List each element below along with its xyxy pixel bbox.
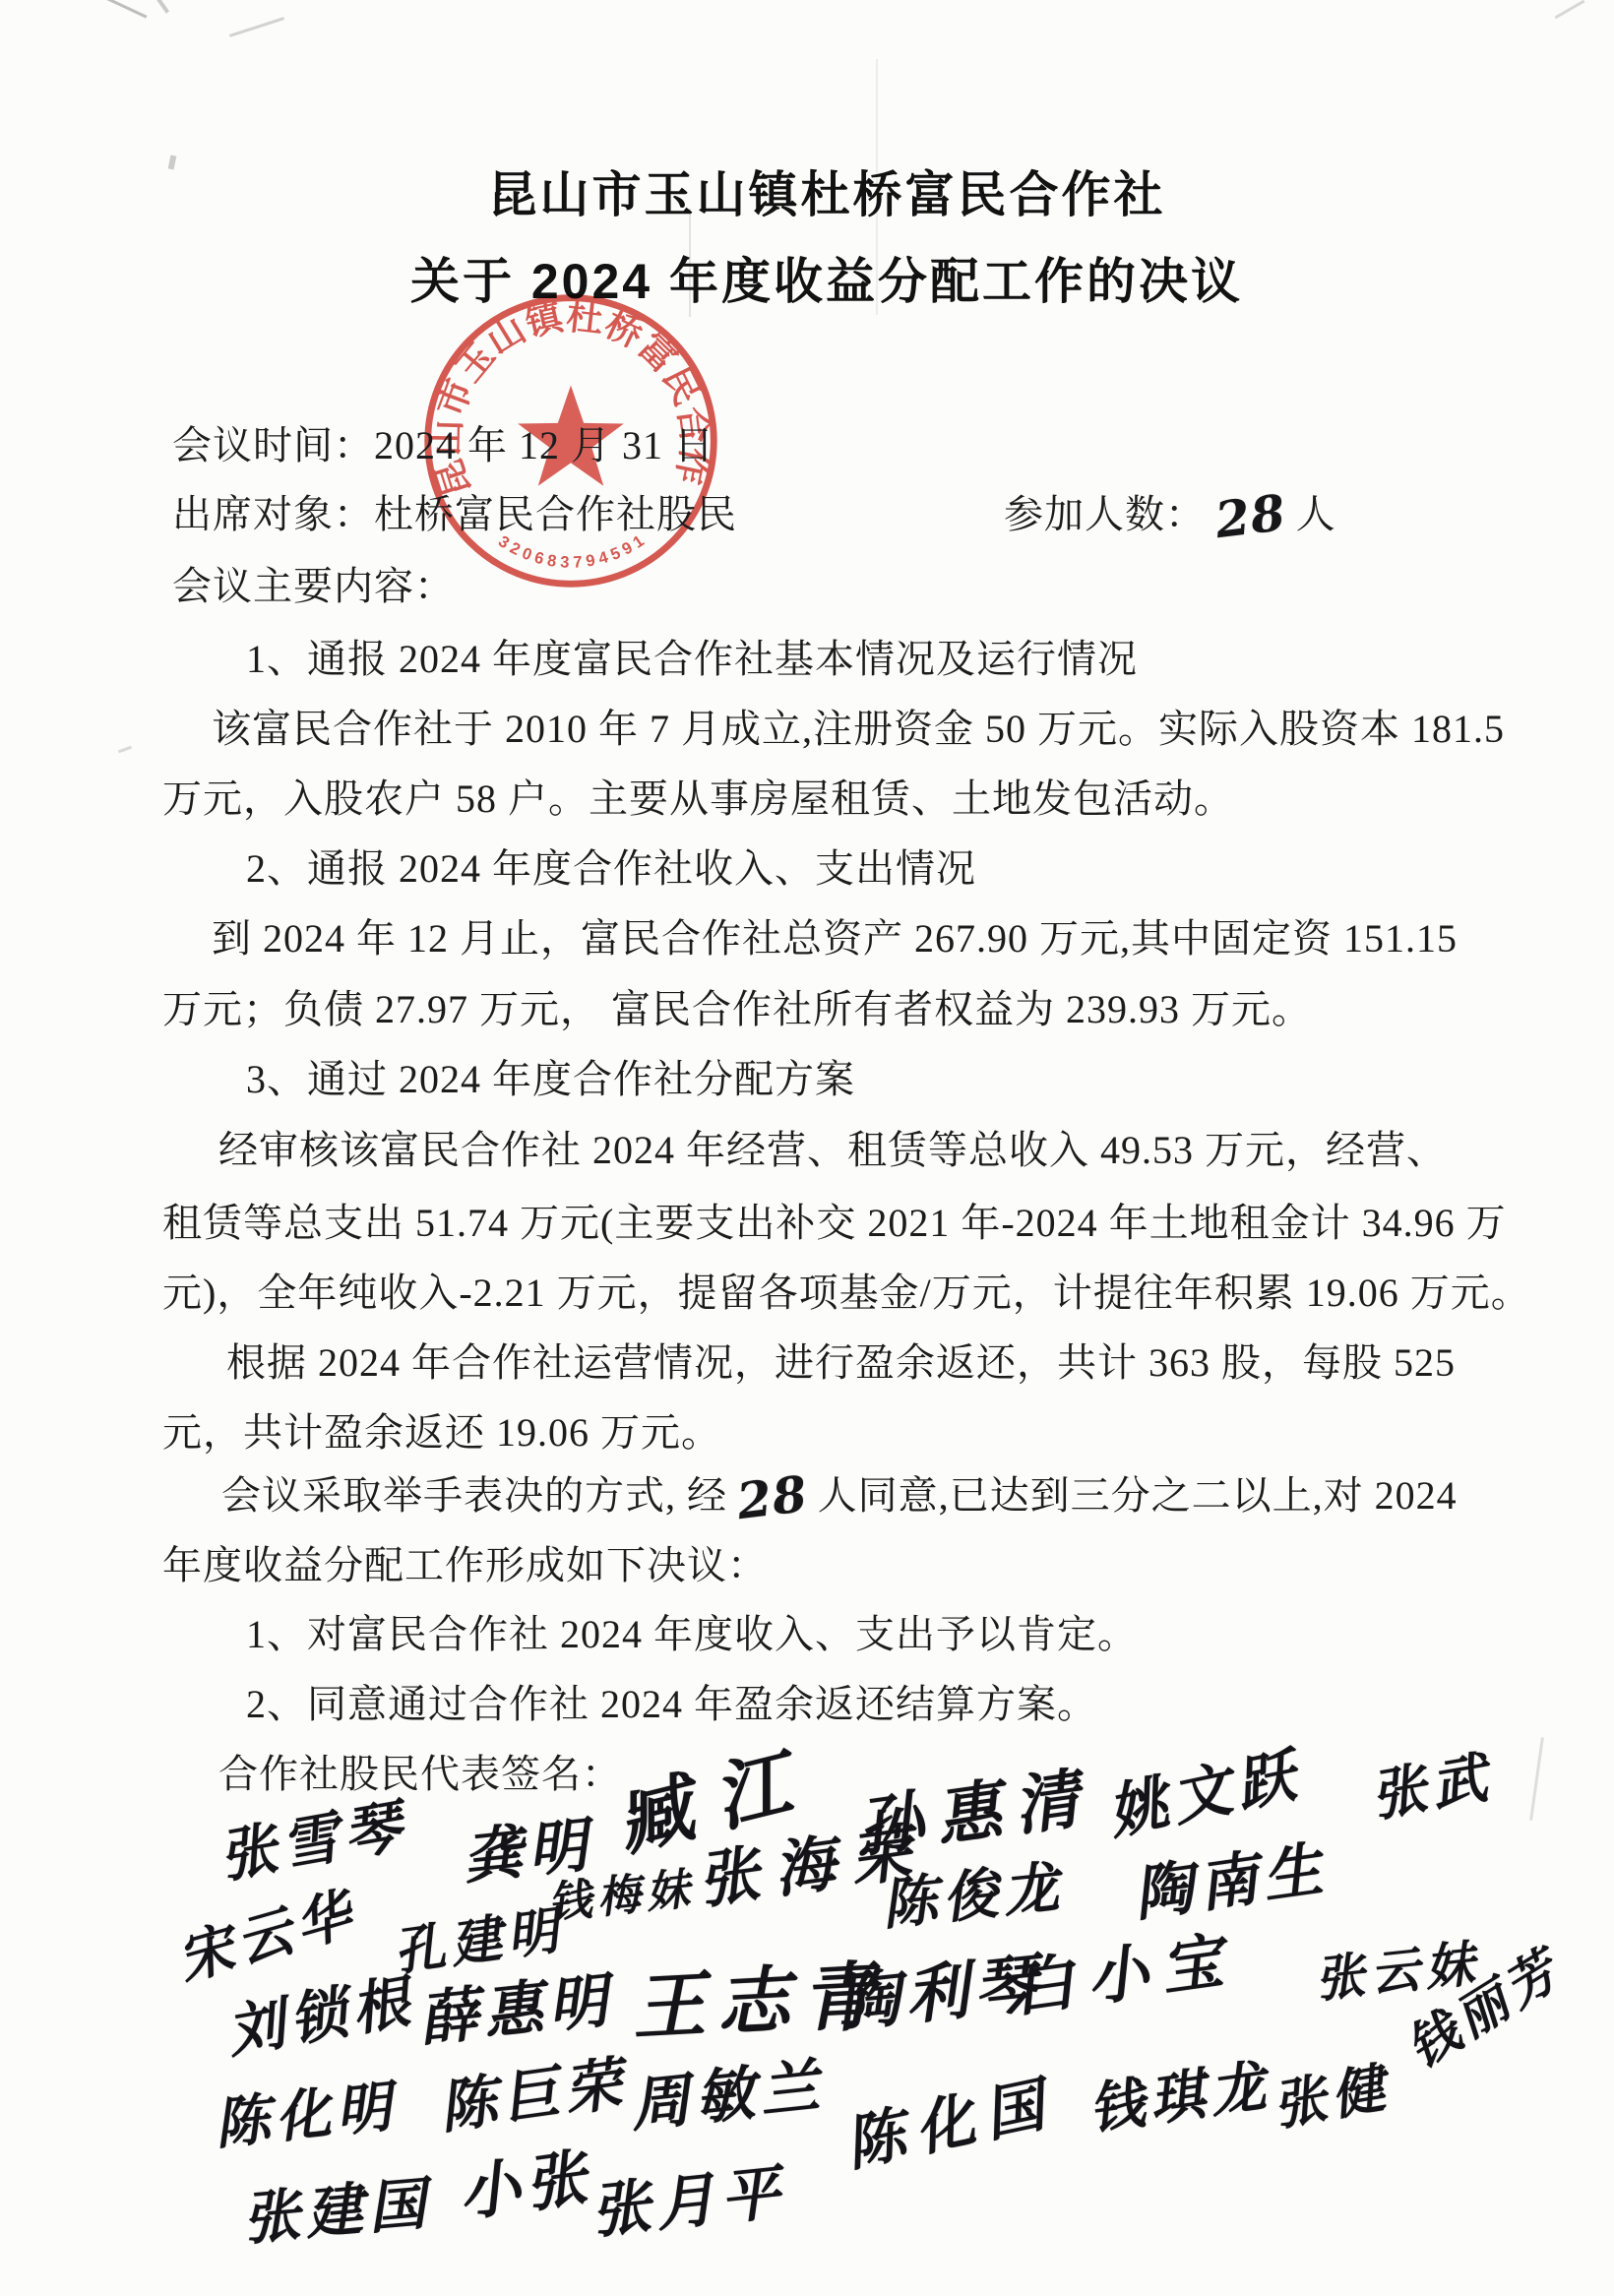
item1-text-line1: 该富民合作社于 2010 年 7 月成立,注册资金 50 万元。实际入股资本 1… — [212, 707, 1505, 752]
item1-title-line: 1、通报 2024 年度富民合作社基本情况及运行情况 — [246, 637, 1138, 682]
scanned-resolution-document: 昆山市玉山镇杜桥富民合作社 关于 2024 年度收益分配工作的决议 昆山市玉山镇… — [0, 0, 1614, 2296]
content-header-line: 会议主要内容： — [172, 564, 455, 609]
item3-text-line4: 根据 2024 年合作社运营情况，进行盈余返还，共计 363 股，每股 525 — [226, 1340, 1456, 1386]
signature: 张健 — [1267, 2045, 1397, 2141]
meeting-time-line: 会议时间：2024 年 12 月 31 日 — [172, 423, 714, 468]
scan-artifact — [105, 0, 148, 19]
item2-title-line: 2、通报 2024 年度合作社收入、支出情况 — [246, 846, 976, 892]
attendees-line: 出席对象：杜桥富民合作社股民 — [172, 492, 737, 537]
resolution2-line: 2、同意通过合作社 2024 年盈余返还结算方案。 — [246, 1682, 1097, 1727]
signature: 陈化国 — [837, 2056, 1062, 2183]
scan-artifact — [229, 17, 284, 37]
signature-header-line: 合作社股民代表签名： — [218, 1752, 622, 1797]
item3-text-line5: 元，共计盈余返还 19.06 万元。 — [162, 1410, 721, 1456]
document-title-line2: 关于 2024 年度收益分配工作的决议 — [59, 242, 1594, 313]
signature: 钱琪龙 — [1084, 2042, 1275, 2145]
scan-artifact — [118, 746, 132, 754]
participants-unit: 人 — [1296, 492, 1336, 536]
item2-text-line1: 到 2024 年 12 月止，富民合作社总资产 267.90 万元,其中固定资 … — [212, 916, 1458, 962]
item2-text-line2: 万元；负债 27.97 万元， 富民合作社所有者权益为 239.93 万元。 — [162, 987, 1312, 1032]
vote-line1: 会议采取举手表决的方式, 经28人同意,已达到三分之二以上,对 2024 — [221, 1473, 1458, 1520]
stamp-arc-text: 昆山市玉山镇杜桥富民合作社 — [417, 287, 715, 502]
signature: 陈化明 — [211, 2063, 401, 2160]
participants-count-handwritten: 28 — [1212, 490, 1288, 543]
signature: 白小宝 — [1007, 1910, 1241, 2028]
resolution1-line: 1、对富民合作社 2024 年度收入、支出予以肯定。 — [246, 1612, 1138, 1657]
participants-label: 参加人数： — [1004, 492, 1206, 536]
item3-text-line1: 经审核该富民合作社 2024 年经营、租赁等总收入 49.53 万元，经营、 — [218, 1128, 1447, 1173]
item3-text-line2: 租赁等总支出 51.74 万元(主要支出补交 2021 年-2024 年土地租金… — [162, 1201, 1507, 1246]
scan-artifact — [1529, 1737, 1544, 1821]
signature: 周敏兰 — [626, 2039, 829, 2143]
signature: 张武 — [1364, 1734, 1498, 1832]
vote-count-handwritten: 28 — [734, 1471, 810, 1524]
signature: 小张 — [453, 2128, 597, 2233]
scan-artifact — [152, 0, 169, 14]
scan-artifact — [1555, 0, 1585, 19]
participants-line: 参加人数：28人 — [1004, 492, 1336, 539]
signature: 张月平 — [587, 2145, 789, 2250]
item3-text-line3: 元)，全年纯收入-2.21 万元，提留各项基金/万元，计提往年积累 19.06 … — [162, 1271, 1531, 1316]
vote-text-post: 人同意,已达到三分之二以上,对 2024 — [818, 1473, 1458, 1518]
vote-line2: 年度收益分配工作形成如下决议： — [162, 1543, 768, 1588]
item1-text-line2: 万元，入股农户 58 户。主要从事房屋租赁、土地发包活动。 — [162, 776, 1234, 822]
vote-text-pre: 会议采取举手表决的方式, 经 — [221, 1473, 727, 1518]
signature: 张建国 — [239, 2157, 435, 2256]
item3-title-line: 3、通过 2024 年度合作社分配方案 — [246, 1057, 855, 1102]
document-title-line1: 昆山市玉山镇杜桥富民合作社 — [59, 155, 1594, 226]
